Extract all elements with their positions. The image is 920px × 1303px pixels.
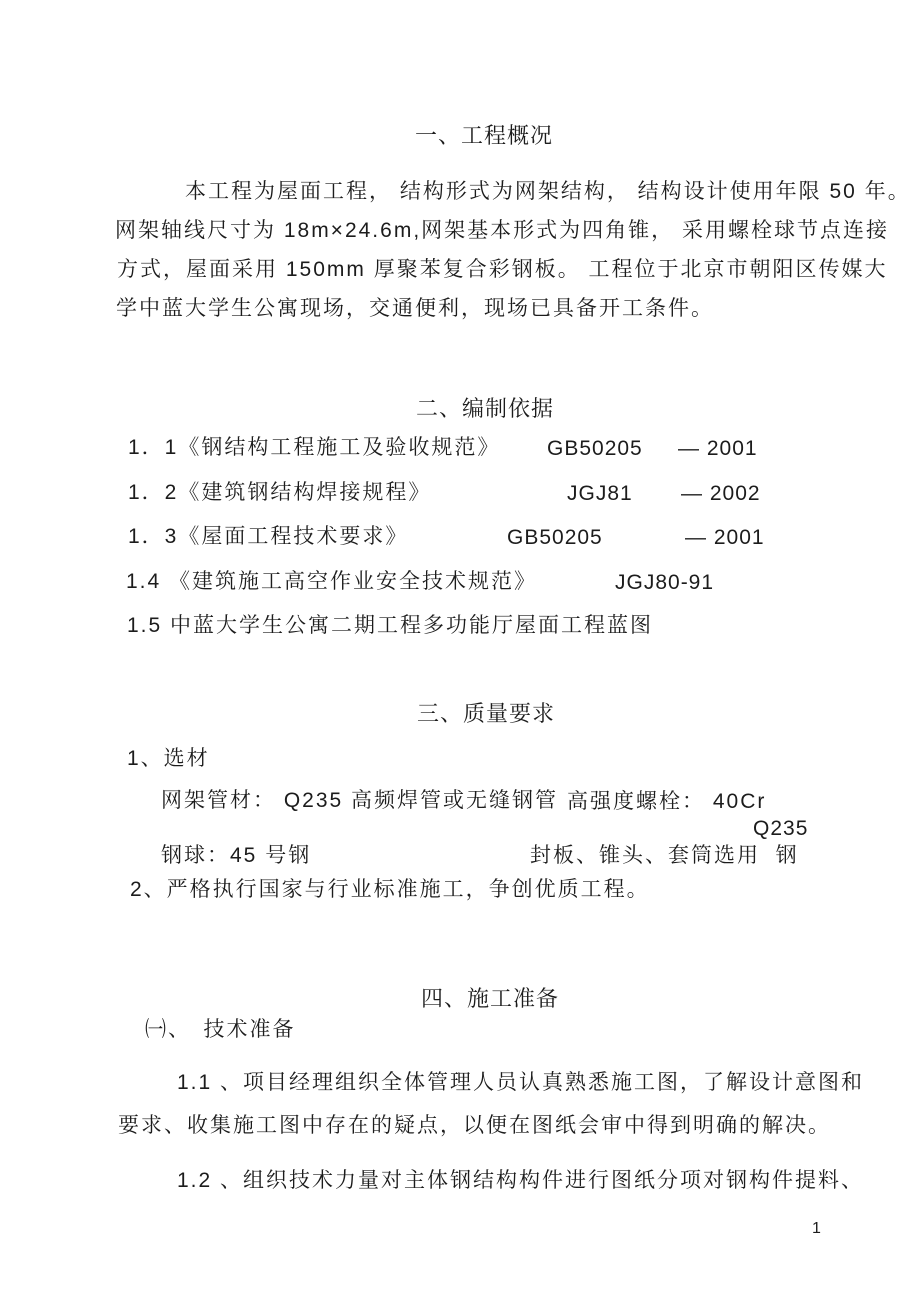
reference-label: 1.5 中蓝大学生公寓二期工程多功能厅屋面工程蓝图 [127,614,653,638]
quality-standard-item: 2、严格执行国家与行业标准施工，争创优质工程。 [130,878,650,902]
document-page: 一、工程概况 本工程为屋面工程， 结构形式为网架结构， 结构设计使用年限 50 … [0,0,920,1303]
item-1-2-line-1: 1.2 、组织技术力量对主体钢结构构件进行图纸分项对钢构件提料、 [177,1169,864,1193]
item-1-1-line-1: 1.1 、项目经理组织全体管理人员认真熟悉施工图，了解设计意图和 [177,1071,864,1095]
pipe-material-text: 网架管材： Q235 高频焊管或无缝钢管 [161,789,558,813]
item-1-1-line-2: 要求、收集施工图中存在的疑点，以便在图纸会审中得到明确的解决。 [118,1114,831,1138]
section-2-heading: 二、编制依据 [416,396,554,421]
reference-label: 1．1《钢结构工程施工及验收规范》 [128,436,500,460]
reference-label: 1．3《屋面工程技术要求》 [128,525,408,549]
q235-wrap-text: Q235 [753,817,808,841]
page-number: 1 [812,1220,821,1238]
reference-code: JGJ80-91 [615,571,714,595]
section-3-heading: 三、质量要求 [417,701,555,726]
bolt-material-text: 高强度螺栓： 40Cr [567,790,766,814]
section-1-paragraph-line-4: 学中蓝大学生公寓现场，交通便利，现场已具备开工条件。 [116,297,714,321]
ball-material-text: 钢球：45 号钢 [161,844,311,868]
technical-preparation-subheading: ㈠、 技术准备 [145,1018,296,1042]
reference-code: GB50205 [547,437,643,461]
reference-code: GB50205 [507,526,603,550]
section-4-heading: 四、施工准备 [421,986,559,1011]
reference-label: 1．2《建筑钢结构焊接规程》 [128,481,431,505]
seal-material-text: 封板、锥头、套筒选用 钢 [530,844,799,868]
reference-year: — 2001 [678,437,758,461]
reference-year: — 2002 [681,482,761,506]
section-1-paragraph-line-3: 方式，屋面采用 150mm 厚聚苯复合彩钢板。 工程位于北京市朝阳区传媒大 [117,258,888,282]
reference-year: — 2001 [685,526,765,550]
section-1-heading: 一、工程概况 [415,123,553,148]
reference-label: 1.4 《建筑施工高空作业安全技术规范》 [126,570,537,594]
section-1-paragraph-line-2: 网架轴线尺寸为 18m×24.6m,网架基本形式为四角锥， 采用螺栓球节点连接 [115,219,889,243]
section-1-paragraph-line-1: 本工程为屋面工程， 结构形式为网架结构， 结构设计使用年限 50 年。 [185,180,911,204]
reference-code: JGJ81 [567,482,633,506]
material-selection-item: 1、选材 [127,747,210,771]
